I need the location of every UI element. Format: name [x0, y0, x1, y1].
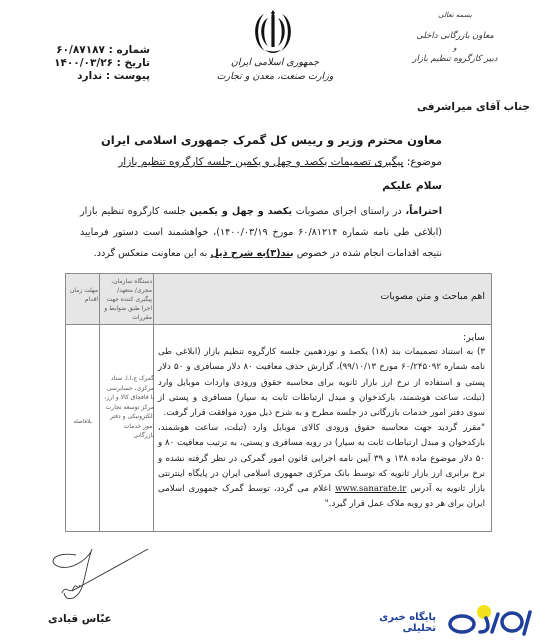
handwritten-signature-icon: [44, 545, 154, 607]
letterhead-center: جمهوری اسلامی ایران وزارت صنعت، معدن و ت…: [190, 56, 360, 84]
sanarate-link[interactable]: www.sanarate.ir: [335, 484, 406, 494]
letterhead-right: بسمه تعالی معاون بازرگانی داخلی و دبیر ک…: [380, 8, 530, 67]
row-org: گمرک ج.ا.ا. ستاد مرکزی، حسابرسی با فاقچا…: [102, 374, 154, 441]
header-org: دستگاه سازمان، مجری/ متعهد/ پیگیری کننده…: [100, 277, 152, 322]
recipient: جناب آقای میراشرفی: [417, 101, 530, 113]
subject-line: موضوع: پیگیری تصمیمات یکصد و چهل و یکمین…: [118, 156, 442, 168]
recipient-title: معاون محترم وزیر و رییس کل گمرک جمهوری ا…: [101, 133, 442, 147]
row-text-1: ۳) به استناد تصمیمات بند (۱۸) یکصد و نوز…: [158, 347, 485, 418]
greeting: سلام علیکم: [382, 180, 442, 192]
letter-attachment: پیوست : ندارد: [40, 70, 150, 83]
roozno-logo-icon: [440, 602, 538, 636]
watermark-logo: پایگاه خبری تحلیلی: [346, 602, 540, 636]
basmala: بسمه تعالی: [380, 8, 530, 23]
brand-text: پایگاه خبری تحلیلی: [346, 612, 436, 634]
letter-number: شماره : ۶۰/۸۷۱۸۷: [40, 44, 150, 57]
table-row: سایر: ۳) به استناد تصمیمات بند (۱۸) یکصد…: [158, 330, 485, 512]
letter-meta: شماره : ۶۰/۸۷۱۸۷ تاریخ : ۱۴۰۰/۰۳/۲۶ پیوس…: [40, 44, 150, 83]
subject-label: موضوع:: [407, 156, 442, 168]
row-deadline: بلافاصله: [67, 419, 98, 425]
table-header: اهم مباحث و متن مصوبات دستگاه سازمان، مج…: [66, 274, 491, 325]
office-conj: و: [380, 44, 530, 52]
row-section-title: سایر:: [158, 330, 485, 345]
letter-body: احتراماً، در راستای اجرای مصوبات یکصد و …: [80, 201, 442, 264]
header-main: اهم مباحث و متن مصوبات: [380, 291, 485, 302]
office-line-2: دبیر کارگروه تنظیم بازار: [380, 52, 530, 67]
column-divider: [99, 274, 100, 531]
office-line-1: معاون بازرگانی داخلی: [380, 29, 530, 44]
iran-emblem-icon: [252, 6, 294, 56]
subject-text: پیگیری تصمیمات یکصد و چهل و یکمین جلسه ک…: [118, 156, 403, 168]
signer-name: عبّاس قبادی: [48, 613, 112, 625]
header-deadline: مهلت زمان اقدام: [67, 286, 98, 304]
country-name: جمهوری اسلامی ایران: [190, 56, 360, 70]
ministry-name: وزارت صنعت، معدن و تجارت: [190, 70, 360, 84]
resolutions-table: اهم مباحث و متن مصوبات دستگاه سازمان، مج…: [65, 273, 492, 532]
letter-date: تاریخ : ۱۴۰۰/۰۳/۲۶: [40, 57, 150, 70]
body-intro: احتراماً،: [405, 206, 442, 217]
